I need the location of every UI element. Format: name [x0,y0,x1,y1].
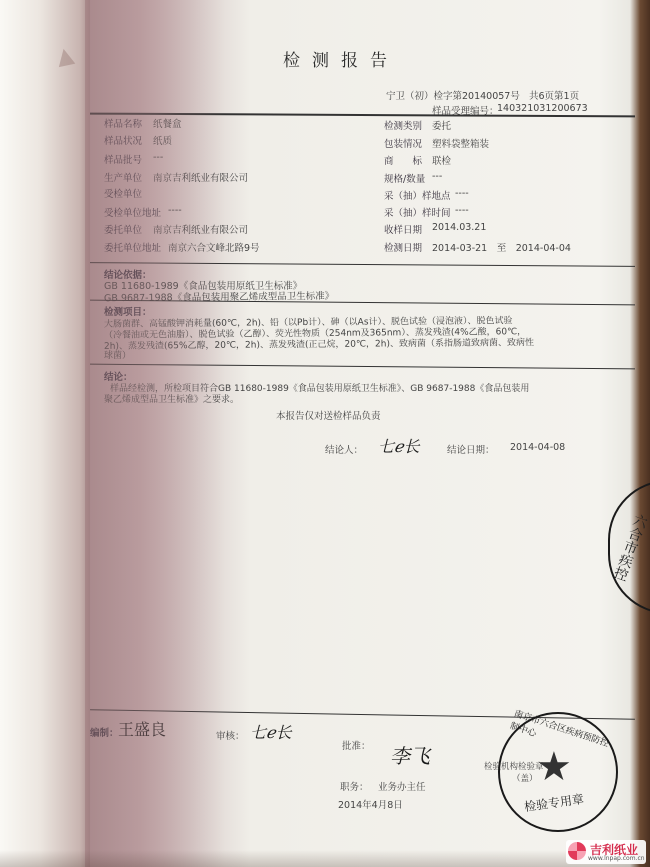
report-title: 检测报告 [283,46,399,71]
test-report-document: 检测报告 宁卫（初）检字第20140057号 共6页第1页 样品受理编号： 14… [0,0,650,867]
field-label: 样品名称 [104,116,142,130]
field-value: 南京六合文峰北路9号 [168,240,260,254]
field-label: 受检单位 [104,186,142,200]
field-label: 包装情况 [384,136,422,150]
field-value: ---- [168,205,182,216]
reviewed-signature: 七ℯ长 [250,720,291,743]
approved-signature: 李飞 [390,740,430,769]
field-value: --- [153,152,163,163]
approved-label: 批准： [342,738,371,752]
reviewed-label: 审核： [216,728,245,742]
field-value: 塑料袋整箱装 [432,136,489,150]
brand-watermark: 吉利纸业 www.lnpap.com.cn [566,840,646,864]
field-label: 商 标 [384,153,422,167]
signer-signature: 七ℯ长 [378,434,419,457]
field-label: 委托单位地址 [104,240,161,254]
field-value: 联检 [432,153,451,167]
field-value: 纸餐盒 [153,116,182,130]
field-value: 南京吉利纸业有限公司 [153,222,248,236]
items-line: 2h)、蒸发残渣(65%乙醇，20℃，2h)、蒸发残渣(正己烷，20℃，2h)、… [104,335,534,352]
responsibility-note: 本报告仅对送检样品负责 [276,408,381,422]
field-label: 采（抽）样时间 [384,205,451,219]
signer-label: 结论人： [325,442,363,456]
field-label: 样品批号 [104,152,142,166]
field-label: 样品状况 [104,133,142,147]
field-label: 收样日期 [384,222,422,236]
field-value: 委托 [432,118,451,132]
field-label: 采（抽）样地点 [384,188,451,202]
watermark-url: www.lnpap.com.cn [588,855,645,862]
seal-bottom-text: 检验专用章 [523,790,585,815]
field-label: 生产单位 [104,170,142,184]
field-label: 委托单位 [104,222,142,236]
field-value: 2014.03.21 [432,222,486,233]
field-label: 检测类别 [384,118,422,132]
field-value: 2014-03-21 至 2014-04-04 [432,240,571,254]
field-label: 受检单位地址 [104,205,161,219]
field-value: --- [432,171,442,182]
conclusion-date: 2014-04-08 [510,442,565,453]
compiled-label: 编制： [90,725,119,739]
compiled-signature: 王盛良 [118,717,166,740]
field-value: 纸质 [153,133,172,147]
side-seal-text: 六合市疾控 [609,511,650,584]
conclusion-date-label: 结论日期： [447,442,495,456]
field-value: 南京吉利纸业有限公司 [153,170,248,184]
items-divider [90,364,635,370]
field-label: 规格/数量 [384,171,425,185]
page-info: 共6页第1页 [529,88,579,102]
field-value: ---- [455,205,469,216]
sample-receipt-no: 140321031200673 [497,103,588,114]
position-label: 职务： [340,779,369,793]
swirl-logo-icon [568,842,586,860]
field-value: ---- [455,188,469,199]
official-seal: 南京市六合区疾病预防控制中心 ★ 检验专用章 [498,712,618,832]
field-label: 检测日期 [384,240,422,254]
items-line: 球菌） [104,348,131,361]
fields-divider [90,262,635,267]
conclusion-line: 聚乙烯成型品卫生标准》之要求。 [104,392,239,405]
star-icon: ★ [536,744,572,790]
position-value: 业务办主任 [378,779,426,793]
side-seal: 六合市疾控 [608,480,650,614]
footer-date: 2014年4月8日 [338,797,403,811]
page-bottom-edge [0,850,650,867]
report-number: 宁卫（初）检字第20140057号 [386,88,520,102]
